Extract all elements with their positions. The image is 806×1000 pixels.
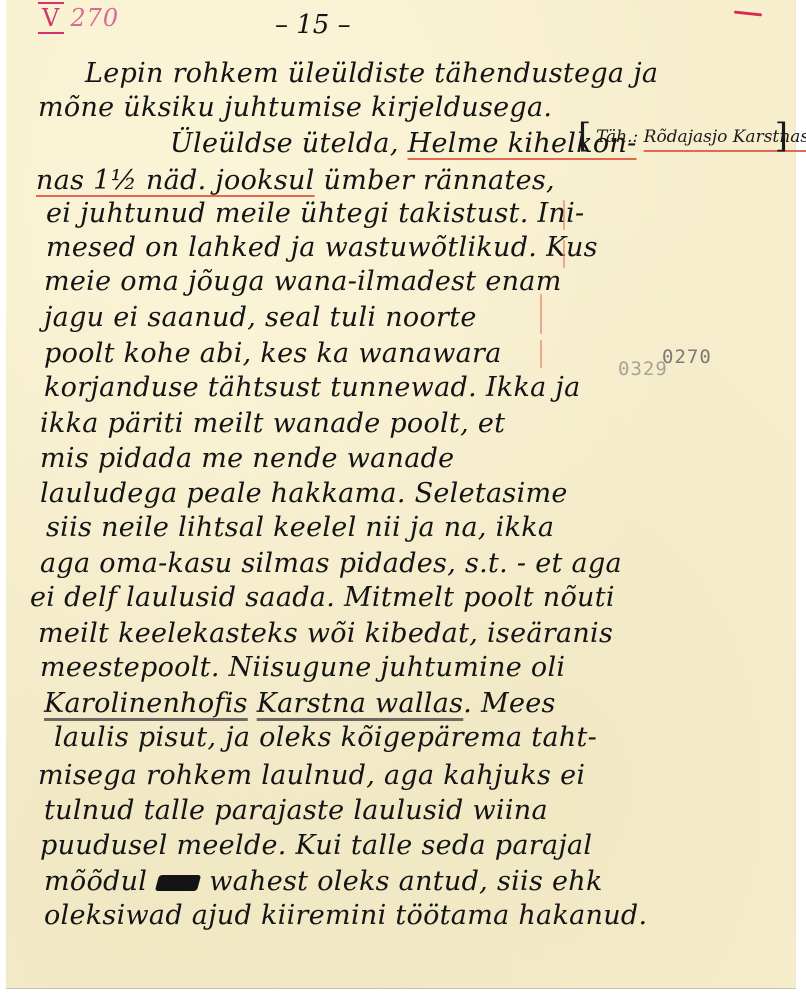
text-line: ikka päriti meilt wanade poolt, et <box>40 408 505 439</box>
margin-note: [ Täh.: Rõdajasjo Karstnas ] <box>578 118 788 158</box>
underlined-place-name: Karolinenhofis <box>44 688 248 719</box>
text-line: meestepoolt. Niisugune juhtumine oli <box>40 652 565 683</box>
text-line: mesed on lahked ja wastuwõtlikud. Kus <box>46 232 598 263</box>
text-line: mis pidada me nende wanade <box>40 443 454 474</box>
text-line: meilt keelekasteks wõi kibedat, iseärani… <box>38 618 613 649</box>
red-pencil-margin-line <box>563 200 565 230</box>
red-pencil-margin-line <box>540 294 542 334</box>
text-segment: wahest oleks antud, siis ehk <box>209 866 602 897</box>
archive-number: 270 <box>70 4 119 32</box>
text-segment: mõõdul <box>44 866 147 897</box>
bracket-open: [ <box>578 116 591 156</box>
text-line: mõne üksiku juhtumise kirjeldusega. <box>38 92 552 123</box>
text-line: Karolinenhofis Karstna wallas. Mees <box>44 688 556 719</box>
archive-roman-numeral: V <box>38 2 64 34</box>
text-line: aga oma-kasu silmas pidades, s.t. - et a… <box>40 548 622 579</box>
archive-mark: V270 <box>38 2 119 34</box>
archive-stamp-faded: 0329 <box>618 358 668 380</box>
text-segment: nas <box>36 165 93 196</box>
text-line: ei delf laulusid saada. Mitmelt poolt nõ… <box>30 582 615 613</box>
page-number: – 15 – <box>275 10 351 40</box>
text-line: tulnud talle parajaste laulusid wiina <box>44 795 548 826</box>
margin-note-prefix: Täh.: <box>596 127 644 147</box>
text-line: puudusel meelde. Kui talle seda parajal <box>40 830 592 861</box>
text-segment: . Mees <box>463 688 555 719</box>
text-line: Üleüldse ütelda, Helme kihelkon- <box>170 128 637 159</box>
text-line: oleksiwad ajud kiiremini töötama hakanud… <box>44 900 647 931</box>
text-line: laulis pisut, ja oleks kõigepärema taht- <box>54 722 597 753</box>
text-line: poolt kohe abi, kes ka wanawara <box>44 338 502 369</box>
underlined-duration: 1½ näd. jooksul <box>93 165 315 196</box>
text-line: nas 1½ näd. jooksul ümber rännates, <box>36 165 555 196</box>
text-line: meie oma jõuga wana-ilmadest enam <box>44 266 562 297</box>
underlined-place-name: Karstna wallas <box>257 688 464 719</box>
text-segment: Üleüldse ütelda, <box>170 128 408 159</box>
red-pencil-margin-line <box>540 340 542 368</box>
text-line: ei juhtunud meile ühtegi takistust. Ini- <box>46 198 584 229</box>
text-line: korjanduse tähtsust tunnewad. Ikka ja <box>44 372 580 403</box>
text-line: mõõdulwahest oleks antud, siis ehk <box>44 866 603 897</box>
text-line: Lepin rohkem üleüldiste tähendustega ja <box>85 58 658 89</box>
text-line: siis neile lihtsal keelel nii ja na, ikk… <box>46 512 554 543</box>
text-line: lauludega peale hakkama. Seletasime <box>40 478 568 509</box>
text-segment: ümber rännates, <box>315 165 555 196</box>
red-pencil-margin-line <box>563 240 565 268</box>
bracket-close: ] <box>775 116 788 156</box>
scratched-out-word <box>155 875 201 891</box>
text-line: misega rohkem laulnud, aga kahjuks ei <box>38 760 585 791</box>
text-line: jagu ei saanud, seal tuli noorte <box>44 302 477 333</box>
archive-stamp-number: 0270 <box>662 346 712 368</box>
text-segment <box>248 688 257 719</box>
